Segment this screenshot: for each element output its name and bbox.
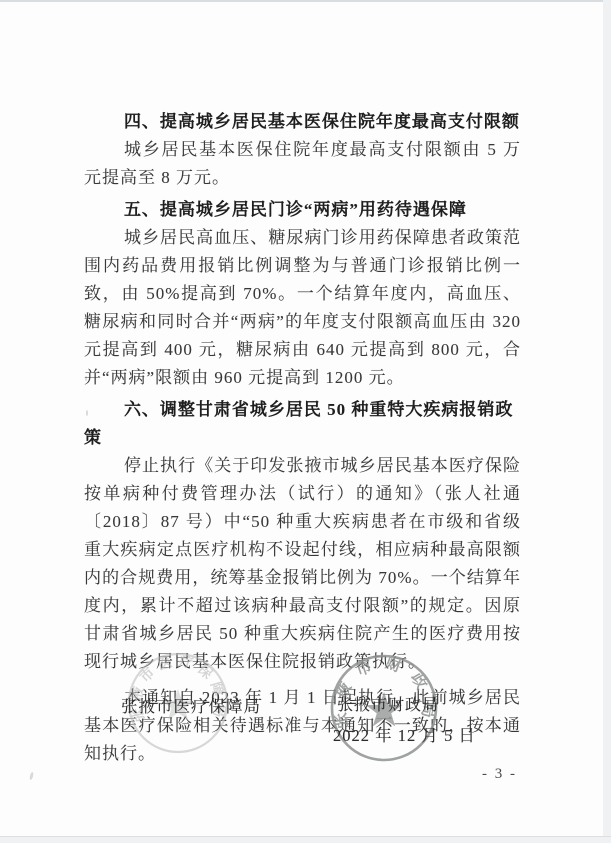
scan-edge-right [603, 0, 611, 843]
scan-edge-bottom [0, 836, 611, 843]
document-page: 四、提高城乡居民基本医保住院年度最高支付限额 城乡居民基本医保住院年度最高支付限… [0, 0, 611, 843]
scan-speck [29, 772, 34, 780]
closing-paragraph: 本通知自 2023 年 1 月 1 日起执行，此前城乡居民基本医疗保险相关待遇标… [84, 684, 521, 768]
section-major-illness-policy: 六、调整甘肃省城乡居民 50 种重特大疾病报销政策 停止执行《关于印发张掖市城乡… [84, 396, 521, 676]
section-two-diseases: 五、提高城乡居民门诊“两病”用药待遇保障 城乡居民高血压、糖尿病门诊用药保障患者… [84, 196, 521, 392]
section-heading: 六、调整甘肃省城乡居民 50 种重特大疾病报销政策 [84, 396, 521, 452]
paragraph: 停止执行《关于印发张掖市城乡居民基本医疗保险按单病种付费管理办法（试行）的通知》… [84, 452, 521, 676]
paragraph: 城乡居民基本医保住院年度最高支付限额由 5 万元提高至 8 万元。 [84, 136, 521, 192]
scan-edge-top [0, 0, 611, 2]
section-limit-increase: 四、提高城乡居民基本医保住院年度最高支付限额 城乡居民基本医保住院年度最高支付限… [84, 108, 521, 192]
section-heading: 五、提高城乡居民门诊“两病”用药待遇保障 [84, 196, 521, 224]
section-heading: 四、提高城乡居民基本医保住院年度最高支付限额 [84, 108, 521, 136]
notice-body: 四、提高城乡居民基本医保住院年度最高支付限额 城乡居民基本医保住院年度最高支付限… [84, 108, 521, 768]
page-number: - 3 - [482, 766, 517, 783]
paragraph: 城乡居民高血压、糖尿病门诊用药保障患者政策范围内药品费用报销比例调整为与普通门诊… [84, 224, 521, 392]
